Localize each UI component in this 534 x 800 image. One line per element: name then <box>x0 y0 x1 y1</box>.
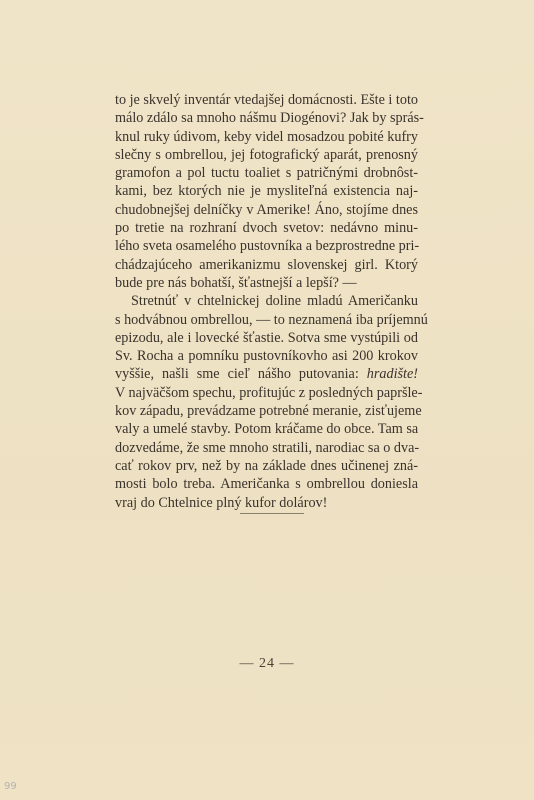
text-line: Stretnúť v chtelnickej doline mladú Amer… <box>115 292 418 310</box>
text-line: knul ruky údivom, keby videl mosadzou po… <box>115 128 418 146</box>
paragraph-1: to je skvelý inventár vtedajšej domácnos… <box>115 91 418 292</box>
paragraph-2: Stretnúť v chtelnickej doline mladú Amer… <box>115 292 418 512</box>
text-line: mosti bolo treba. Američanka s ombrellou… <box>115 475 418 493</box>
text-line: to je skvelý inventár vtedajšej domácnos… <box>115 91 418 109</box>
text-line: slečny s ombrellou, jej fotografický apa… <box>115 146 418 164</box>
text-line: gramofon a pol tuctu toaliet s patričným… <box>115 164 418 182</box>
text-line: valy a umelé stavby. Potom kráčame do ob… <box>115 420 418 438</box>
text-line: kov západu, prevádzame potrebné meranie,… <box>115 402 418 420</box>
text-line: V najväčšom spechu, profitujúc z posledn… <box>115 384 418 402</box>
body-text: to je skvelý inventár vtedajšej domácnos… <box>115 91 418 512</box>
text-line: epizodu, ale i lovecké šťastie. Sotva sm… <box>115 329 418 347</box>
text-line: chudobnejšej delníčky v Amerike! Áno, st… <box>115 201 418 219</box>
section-divider <box>240 513 304 514</box>
text-line: s hodvábnou ombrellou, — to neznamená ib… <box>115 311 418 329</box>
text-line-with-emphasis: vyššie, našli sme cieľ nášho putovania: … <box>115 365 418 383</box>
text-line: málo zdálo sa mnoho nášmu Diogénovi? Jak… <box>115 109 418 127</box>
text-line: kami, bez ktorých nie je mysliteľná exis… <box>115 182 418 200</box>
emphasis-word: hradište! <box>367 366 418 382</box>
text-line: dozvedáme, že sme mnoho stratili, narodi… <box>115 439 418 457</box>
text-line: lého sveta osamelého pustovníka a bezpro… <box>115 237 418 255</box>
text-line: po tretie na rozhraní dvoch svetov: nedá… <box>115 219 418 237</box>
text-line: vraj do Chtelnice plný kufor dolárov! <box>115 494 418 512</box>
text-line: Sv. Rocha a pomníku pustovníkovho asi 20… <box>115 347 418 365</box>
text-line: bude pre nás bohatší, šťastnejší a lepší… <box>115 274 418 292</box>
text-line: cať rokov prv, než by na základe dnes uč… <box>115 457 418 475</box>
text-line: chádzajúceho amerikanizmu slovenskej gir… <box>115 256 418 274</box>
margin-pencil-note: 99 <box>4 781 17 792</box>
page-number: — 24 — <box>0 656 534 672</box>
text-fragment: vyššie, našli sme cieľ nášho putovania: <box>115 366 359 382</box>
book-page: to je skvelý inventár vtedajšej domácnos… <box>0 0 534 800</box>
